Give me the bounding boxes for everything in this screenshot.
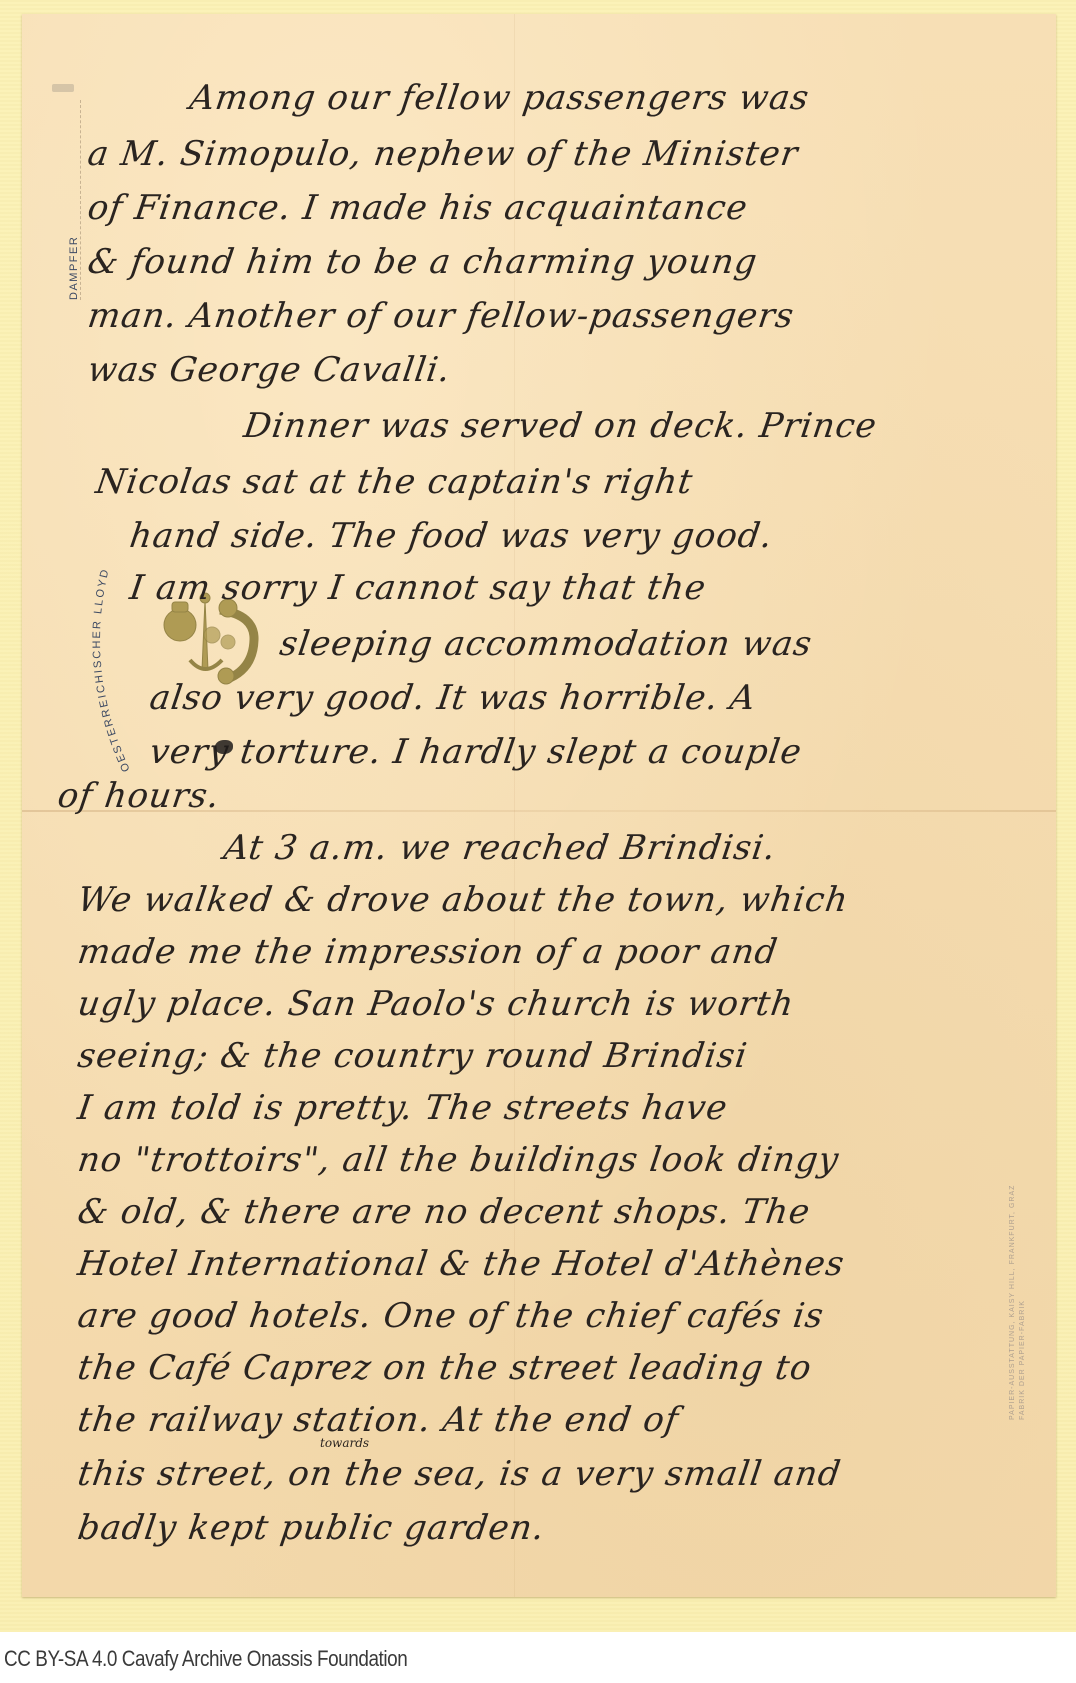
svg-text:OESTERREICHISCHER LLOYD: OESTERREICHISCHER LLOYD	[91, 567, 133, 774]
letter-line: the Café Caprez on the street leading to	[75, 1348, 814, 1388]
letter-line: I am sorry I cannot say that the	[127, 568, 709, 608]
letter-line: & found him to be a charming young	[85, 242, 760, 282]
letter-line: was George Cavalli.	[85, 350, 453, 390]
letter-line: badly kept public garden.	[75, 1508, 547, 1548]
letter-line: made me the impression of a poor and	[75, 932, 780, 972]
margin-mark	[52, 84, 74, 92]
letter-line: sleeping accommodation was	[277, 624, 815, 664]
printer-imprint-line-1: PAPIER-AUSSTATTUNG, KAISY HILL, FRANKFUR…	[1008, 1185, 1018, 1420]
letter-line: We walked & drove about the town, which	[75, 880, 851, 920]
letter-line: hand side. The food was very good.	[127, 516, 775, 556]
letter-line: the railway station. At the end of	[75, 1400, 681, 1440]
printer-imprint-line-2: FABRIK DER PAPIER-FABRIK	[1018, 1185, 1028, 1420]
letter-line: seeing; & the country round Brindisi	[75, 1036, 750, 1076]
inserted-correction: towards	[320, 1436, 369, 1450]
letterhead-dampfer-label: DAMPFER	[68, 236, 80, 300]
letter-line: of Finance. I made his acquaintance	[85, 188, 750, 228]
attribution-caption: CC BY-SA 4.0 Cavafy Archive Onassis Foun…	[4, 1646, 407, 1672]
letter-line: of hours.	[55, 776, 222, 816]
letter-line: also very good. It was horrible. A	[147, 678, 758, 718]
letter-line: very torture. I hardly slept a couple	[147, 732, 804, 772]
letter-line: Hotel International & the Hotel d'Athène…	[75, 1244, 847, 1284]
letter-line: a M. Simopulo, nephew of the Minister	[85, 134, 801, 174]
letter-line: are good hotels. One of the chief cafés …	[75, 1296, 826, 1336]
letter-line: I am told is pretty. The streets have	[75, 1088, 730, 1128]
letter-line: Among our fellow passengers was	[187, 78, 812, 118]
letterhead-company-name: OESTERREICHISCHER LLOYD	[91, 567, 133, 774]
letter-line: no "trottoirs", all the buildings look d…	[75, 1140, 841, 1180]
letter-line: this street, on the sea, is a very small…	[75, 1454, 844, 1494]
letter-line: At 3 a.m. we reached Brindisi.	[221, 828, 779, 868]
printer-imprint: PAPIER-AUSSTATTUNG, KAISY HILL, FRANKFUR…	[1008, 1185, 1028, 1420]
letter-line: & old, & there are no decent shops. The	[75, 1192, 813, 1232]
ink-blot	[215, 740, 233, 754]
letterhead-margin-rule	[80, 100, 81, 300]
letter-line: ugly place. San Paolo's church is worth	[75, 984, 797, 1024]
letter-line: Nicolas sat at the captain's right	[93, 462, 695, 502]
letter-line: Dinner was served on deck. Prince	[241, 406, 879, 446]
letter-line: man. Another of our fellow-passengers	[85, 296, 797, 336]
